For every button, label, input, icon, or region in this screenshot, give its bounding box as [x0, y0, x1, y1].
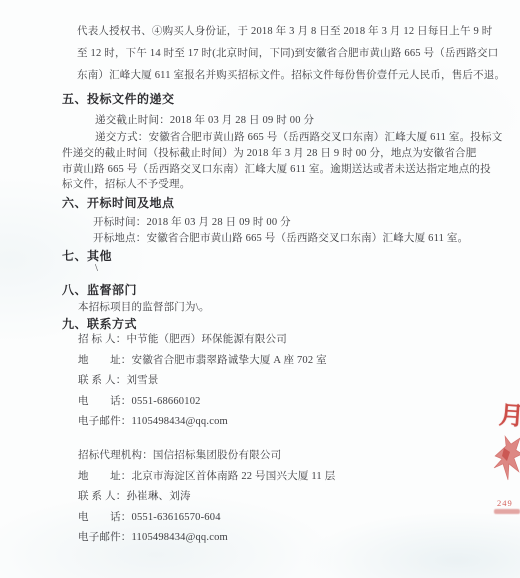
agency-email-value: 1105498434@qq.com	[132, 532, 228, 543]
text-line: 至 12 时，下午 14 时至 17 时(北京时间，下同)到安徽省合肥市黄山路 …	[77, 43, 505, 65]
tenderer-email-value: 1105498434@qq.com	[132, 416, 228, 427]
submission-method-paragraph: 递交方式：安徽省合肥市黄山路 665 号（岳西路交叉口东南）汇峰大厦 611 室…	[62, 130, 502, 193]
tenderer-contact-value: 刘雪景	[126, 375, 158, 386]
section8-heading: 八、监督部门	[62, 281, 137, 298]
red-seal-number-fragment: 249	[497, 498, 513, 508]
tenderer-phone-value: 0551-68660102	[132, 396, 201, 407]
text-line: 市黄山路 665 号（岳西路交叉口东南）汇峰大厦 611 室。逾期送达或者未送达…	[62, 162, 502, 178]
tenderer-phone-label: 电 话：	[78, 396, 132, 407]
agency-email-label: 电子邮件：	[78, 532, 132, 543]
red-seal-ink-blot	[492, 434, 520, 487]
section7-heading: 七、其他	[62, 247, 112, 264]
tenderer-name-row: 招 标 人：中节能（肥西）环保能源有限公司	[78, 330, 327, 351]
agency-name-label: 招标代理机构：	[78, 450, 153, 461]
section8-content: 本招标项目的监督部门为\。	[78, 299, 210, 314]
section6-heading: 六、开标时间及地点	[62, 194, 175, 211]
agency-address-label: 地 址：	[78, 471, 132, 482]
tenderer-name-value: 中节能（肥西）环保能源有限公司	[126, 334, 287, 345]
tenderer-email-row: 电子邮件：1105498434@qq.com	[78, 412, 327, 433]
tenderer-name-label: 招 标 人：	[78, 334, 126, 345]
agency-phone-value: 0551-63616570-604	[132, 512, 221, 523]
agency-email-row: 电子邮件：1105498434@qq.com	[78, 528, 335, 549]
intro-paragraph: 代表人授权书、④购买人身份证，于 2018 年 3 月 8 日至 2018 年 …	[77, 21, 505, 87]
text-line: 标文件，招标人不予受理。	[62, 177, 502, 193]
tenderer-contact-row: 联 系 人：刘雪景	[78, 371, 327, 392]
agency-contact-row: 联 系 人：孙崔琳、刘涛	[78, 487, 335, 508]
red-seal-character-fragment: 月	[498, 395, 520, 433]
agency-name-value: 国信招标集团股份有限公司	[153, 450, 281, 461]
tenderer-contact-label: 联 系 人：	[78, 375, 126, 386]
text-line: 件递交的截止时间（投标截止时间）为 2018 年 3 月 28 日 9 时 00…	[62, 146, 502, 162]
agency-phone-row: 电 话：0551-63616570-604	[78, 508, 335, 529]
red-seal-smudge	[494, 509, 520, 514]
agency-contact-block: 招标代理机构：国信招标集团股份有限公司 地 址：北京市海淀区首体南路 22 号国…	[78, 446, 335, 549]
submission-deadline-line: 递交截止时间：2018 年 03 月 28 日 09 时 00 分	[95, 112, 314, 127]
text-line: 代表人授权书、④购买人身份证，于 2018 年 3 月 8 日至 2018 年 …	[77, 21, 505, 43]
agency-address-row: 地 址：北京市海淀区首体南路 22 号国兴大厦 11 层	[78, 467, 335, 488]
text-line: 东南）汇峰大厦 611 室报名并购买招标文件。招标文件每份售价壹仟元人民币，售后…	[77, 65, 505, 87]
agency-address-value: 北京市海淀区首体南路 22 号国兴大厦 11 层	[132, 471, 336, 482]
text-line: 递交方式：安徽省合肥市黄山路 665 号（岳西路交叉口东南）汇峰大厦 611 室…	[95, 130, 502, 146]
tenderer-contact-block: 招 标 人：中节能（肥西）环保能源有限公司 地 址：安徽省合肥市翡翠路诚挚大厦 …	[78, 330, 327, 433]
bid-opening-time-line: 开标时间：2018 年 03 月 28 日 09 时 00 分	[93, 214, 291, 229]
scanned-tender-document-page: 代表人授权书、④购买人身份证，于 2018 年 3 月 8 日至 2018 年 …	[0, 0, 520, 578]
tenderer-address-value: 安徽省合肥市翡翠路诚挚大厦 A 座 702 室	[132, 355, 327, 366]
section5-heading: 五、投标文件的递交	[62, 90, 175, 107]
tenderer-address-row: 地 址：安徽省合肥市翡翠路诚挚大厦 A 座 702 室	[78, 351, 327, 372]
tenderer-address-label: 地 址：	[78, 355, 132, 366]
bid-opening-place-line: 开标地点：安徽省合肥市黄山路 665 号（岳西路交叉口东南）汇峰大厦 611 室…	[93, 230, 468, 245]
agency-name-row: 招标代理机构：国信招标集团股份有限公司	[78, 446, 335, 467]
section7-content: \	[95, 263, 98, 274]
tenderer-email-label: 电子邮件：	[78, 416, 132, 427]
agency-contact-value: 孙崔琳、刘涛	[126, 491, 190, 502]
tenderer-phone-row: 电 话：0551-68660102	[78, 392, 327, 413]
agency-contact-label: 联 系 人：	[78, 491, 126, 502]
agency-phone-label: 电 话：	[78, 512, 132, 523]
